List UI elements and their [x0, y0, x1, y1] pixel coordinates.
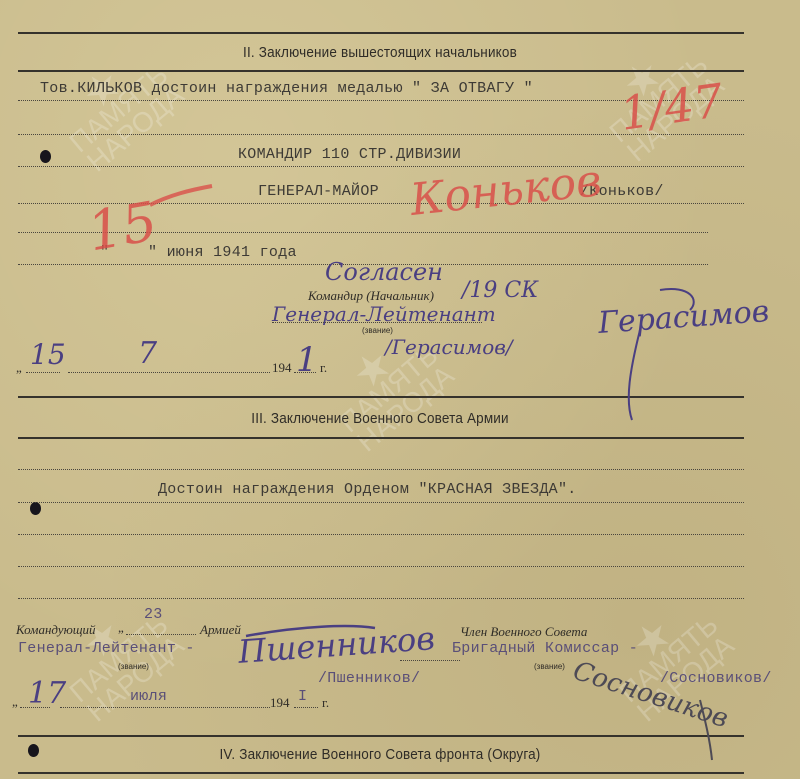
army-date-suffix: г.: [322, 695, 329, 711]
council-member-signature: Сосновиков: [569, 656, 731, 734]
form-line: [20, 707, 50, 708]
rank-label: (звание): [118, 662, 149, 671]
divider: [18, 437, 744, 439]
handwritten-name: /Герасимов/: [385, 335, 513, 359]
approval-day: 15: [30, 338, 66, 371]
form-line: [294, 707, 318, 708]
army-date-year-prefix: 194: [270, 695, 290, 711]
form-line: [18, 502, 744, 503]
watermark: ★ ПАМЯТЬ НАРОДА: [49, 41, 189, 176]
handwritten-unit: /19 СК: [462, 278, 538, 303]
army-date-year-digit: I: [298, 688, 307, 705]
date-quote: „: [12, 694, 18, 710]
section-3-heading: III. Заключение Военного Совета Армии: [38, 410, 722, 427]
army-commander-signature: Пшенников: [237, 619, 436, 671]
approval-month: 7: [138, 336, 157, 371]
divider: [18, 70, 744, 72]
form-line: [60, 707, 270, 708]
divider: [18, 396, 744, 398]
army-label: Армией: [200, 622, 241, 638]
watermark-text: ПАМЯТЬ: [63, 59, 173, 158]
handwritten-reference-number: 1/47: [617, 73, 727, 141]
commander-rank: ГЕНЕРАЛ-МАЙОР: [258, 183, 379, 200]
section-4-heading: IV. Заключение Военного Совета фронта (О…: [38, 746, 722, 763]
date-quote: „: [118, 620, 124, 636]
recommendation-statement: Тов.КИЛЬКОВ достоин награждения медалью …: [40, 80, 533, 97]
punch-hole: [40, 150, 51, 163]
divider: [18, 772, 744, 774]
handwritten-day: 15: [83, 190, 162, 264]
council-member-label: Член Военного Совета: [460, 624, 587, 640]
form-line: [18, 469, 744, 470]
army-number: 23: [144, 606, 163, 623]
divider: [18, 735, 744, 737]
army-commander-rank: Генерал-Лейтенант -: [18, 640, 195, 657]
army-date-day: 17: [28, 676, 66, 711]
form-line: [272, 322, 482, 323]
signature: Герасимов: [597, 294, 770, 341]
army-date-month: июля: [130, 688, 167, 705]
approval-year-prefix: 194: [272, 360, 292, 376]
rank-label: (звание): [534, 662, 565, 671]
form-line: [18, 534, 744, 535]
form-line: [18, 598, 744, 599]
form-line: [18, 566, 744, 567]
section-2-heading: II. Заключение вышестоящих начальников: [38, 44, 722, 61]
divider: [18, 32, 744, 34]
approval-year-digit: 1: [296, 340, 318, 380]
army-commander-label: Командующий: [16, 622, 96, 638]
recommendation-date: " июня 1941 года: [148, 244, 297, 261]
form-line: [294, 372, 316, 373]
form-line: [126, 634, 196, 635]
form-line: [18, 166, 744, 167]
punch-hole: [30, 502, 41, 515]
rank-label: (звание): [362, 326, 393, 335]
date-quote: „: [16, 360, 22, 376]
army-council-statement: Достоин награждения Орденом "КРАСНАЯ ЗВЕ…: [158, 481, 577, 498]
council-member-name: /Сосновиков/: [660, 670, 772, 687]
form-line: [26, 372, 60, 373]
form-line: [68, 372, 270, 373]
form-line: [400, 660, 460, 661]
approval-year-suffix: г.: [320, 360, 327, 376]
army-commander-name: /Пшенников/: [318, 670, 420, 687]
council-member-rank: Бригадный Комиссар -: [452, 640, 638, 657]
handwritten-agree: Согласен: [325, 258, 443, 286]
commander-position: КОМАНДИР 110 СТР.ДИВИЗИИ: [238, 146, 461, 163]
watermark-text: НАРОДА: [351, 359, 460, 457]
award-document-page: ★ ПАМЯТЬ НАРОДА ★ ПАМЯТЬ НАРОДА ★ ПАМЯТЬ…: [0, 0, 800, 779]
